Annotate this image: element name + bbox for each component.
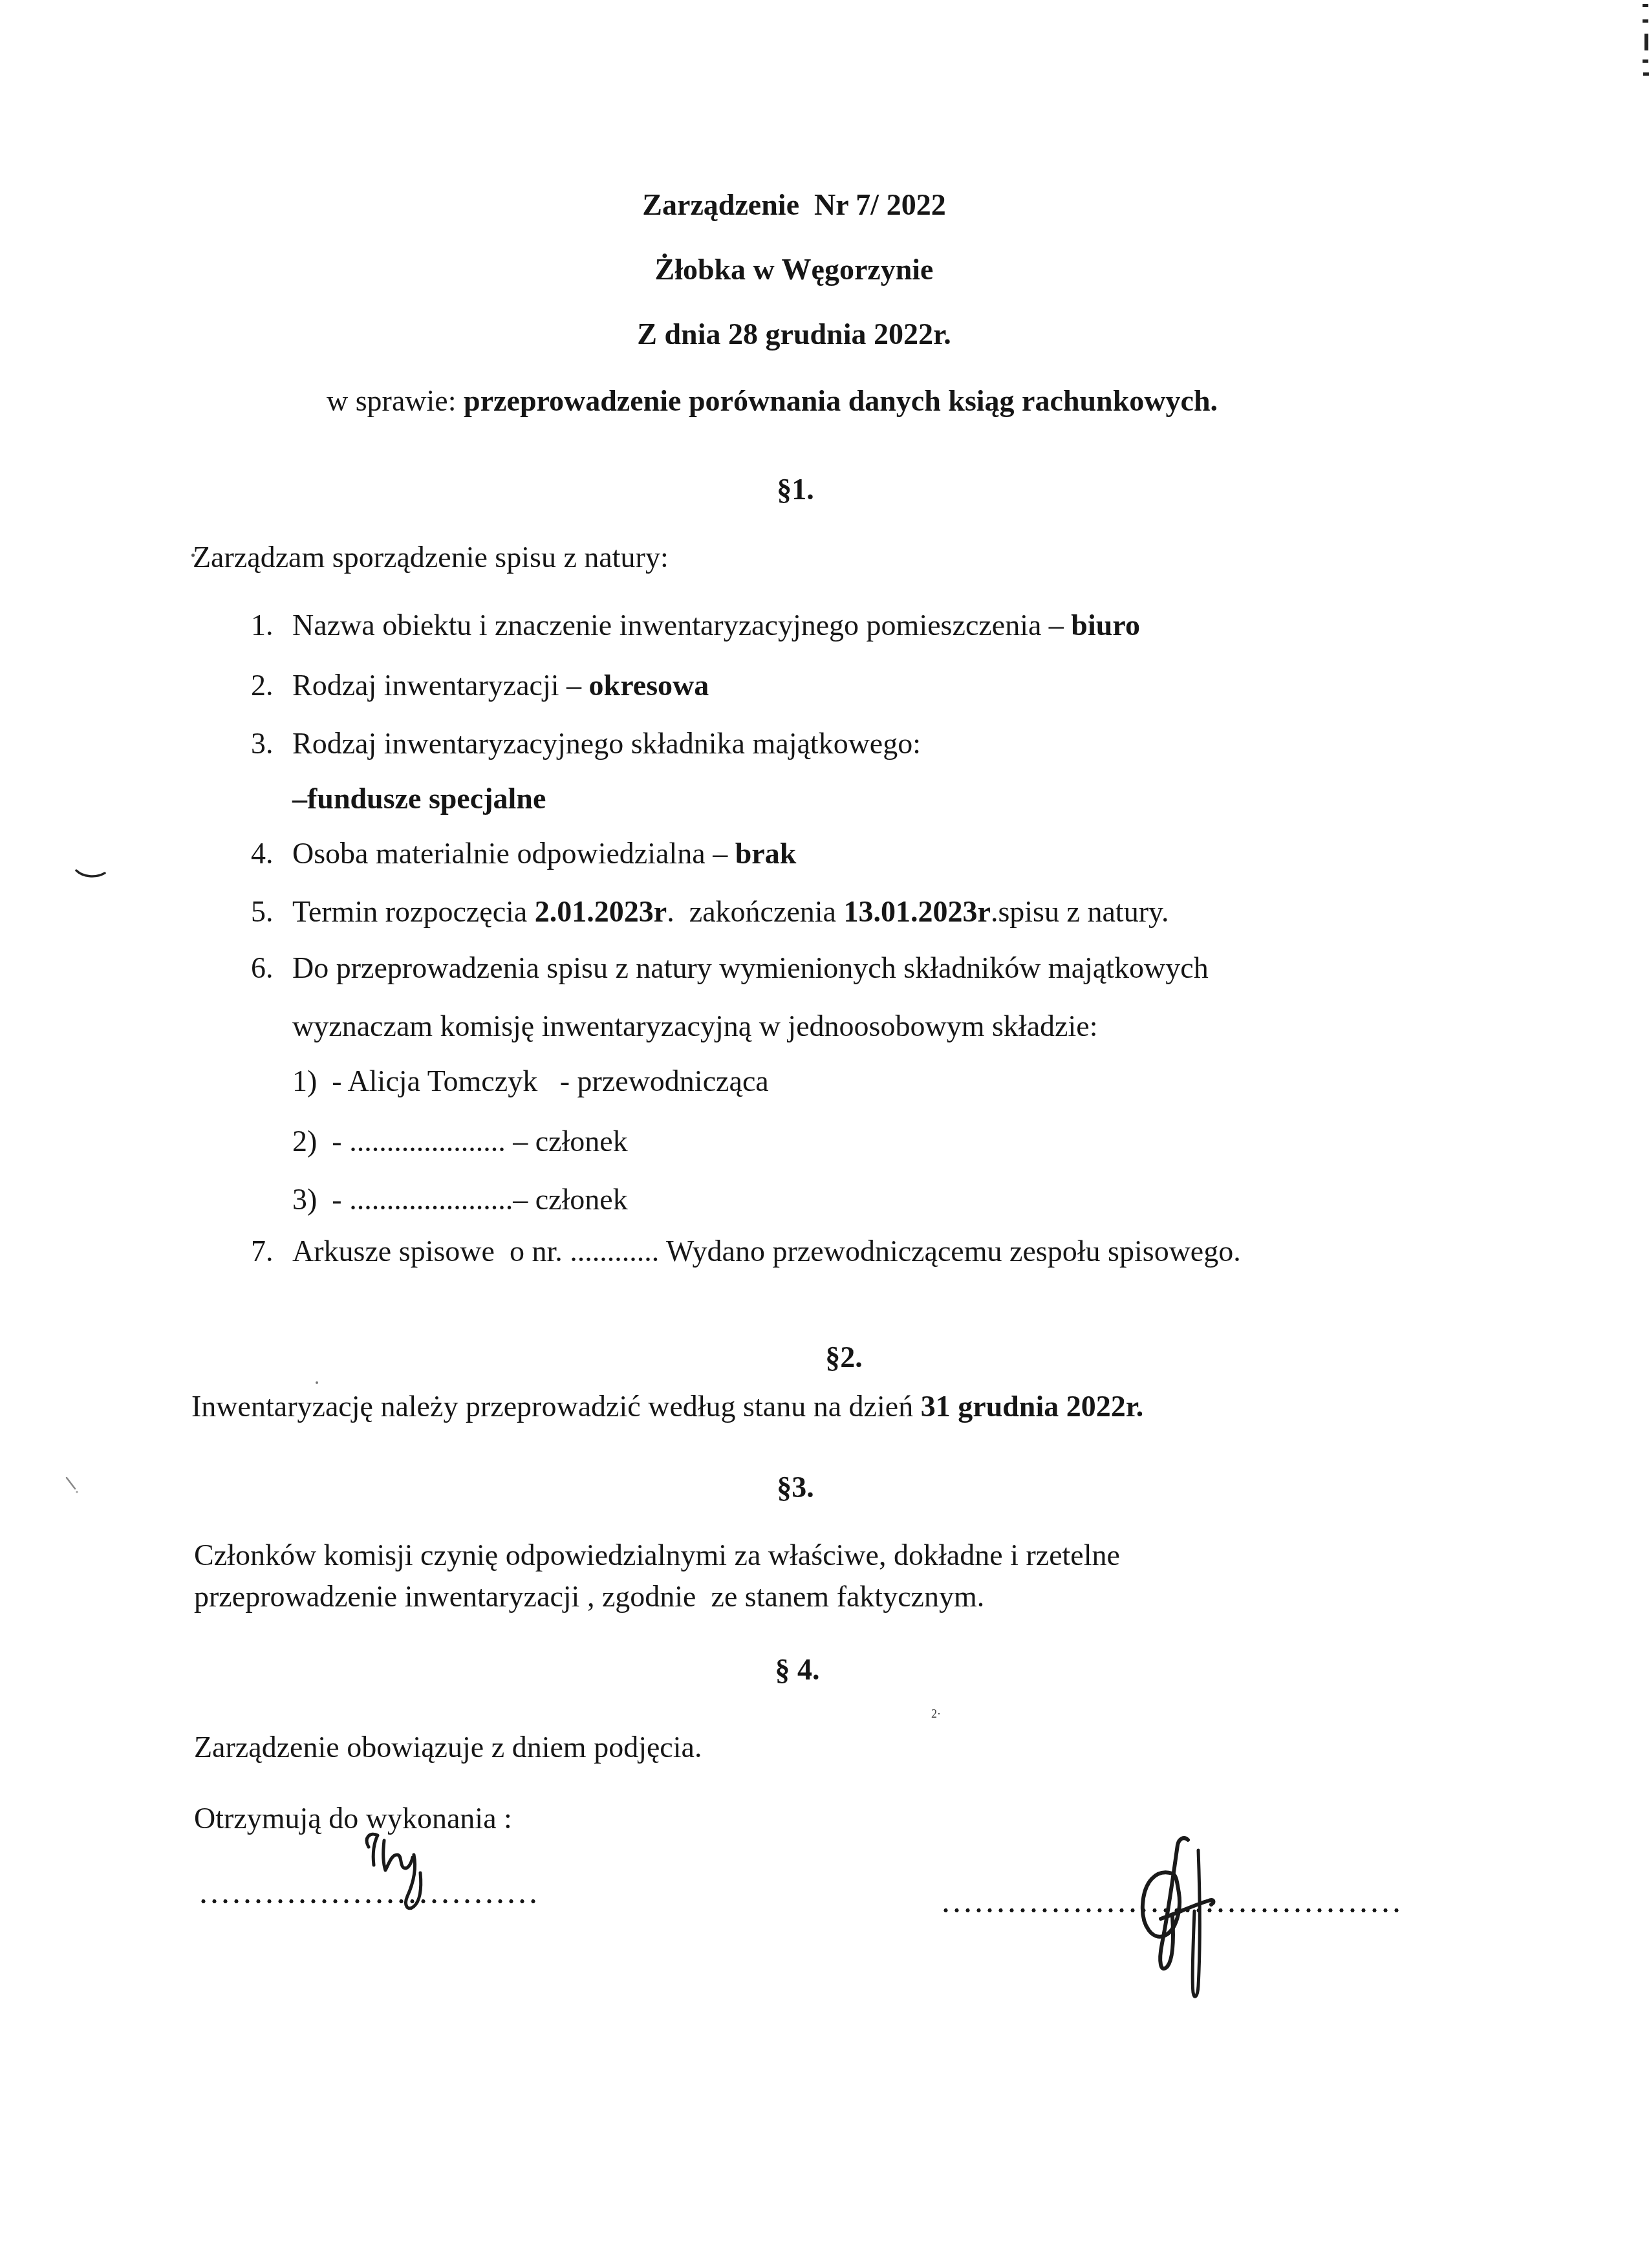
scan-edge-mark-3 [1644, 34, 1648, 50]
committee-member-1: 1) - Alicja Tomczyk - przewodnicząca [292, 1062, 769, 1101]
list-item-5-text-b: . zakończenia [667, 895, 843, 928]
section-1-intro: Zarządzam sporządzenie spisu z natury: [193, 538, 669, 577]
list-item-6-text1: Do przeprowadzenia spisu z natury wymien… [292, 951, 1209, 984]
list-item-3-subline: –fundusze specjalne [292, 779, 546, 818]
list-item-4-text: Osoba materialnie odpowiedzialna – [292, 837, 735, 870]
subject-text: przeprowadzenie porównania danych ksiąg … [464, 384, 1218, 417]
scan-edge-mark-4 [1643, 59, 1648, 63]
list-item-1-text: Nazwa obiektu i znaczenie inwentaryzacyj… [292, 609, 1071, 642]
scan-edge-mark-5 [1643, 72, 1649, 76]
section-2-date: 31 grudnia 2022r. [921, 1390, 1144, 1423]
list-item-1-number: 1. [251, 606, 292, 645]
list-item-1: 1.Nazwa obiektu i znaczenie inwentaryzac… [251, 606, 1140, 645]
list-item-5-text-a: Termin rozpoczęcia [292, 895, 535, 928]
document-title-line2: Żłobka w Węgorzynie [0, 250, 1619, 289]
list-item-6-number: 6. [251, 949, 292, 988]
list-item-2-number: 2. [251, 666, 292, 705]
scan-speck-1 [191, 554, 195, 557]
scan-artifact-small-mark: 2· [931, 1707, 941, 1721]
section-2-heading: §2. [19, 1338, 1649, 1377]
section-1-heading: §1. [0, 470, 1620, 509]
scan-edge-mark-2 [1643, 19, 1648, 23]
list-item-3: 3.Rodzaj inwentaryzacyjnego składnika ma… [251, 724, 921, 763]
committee-member-2: 2) - ..................... – członek [292, 1122, 628, 1161]
subject-prefix: w sprawie: [327, 384, 464, 417]
list-item-3-number: 3. [251, 724, 292, 763]
list-item-2-text: Rodzaj inwentaryzacji – [292, 669, 589, 702]
scanned-document-page: Zarządzenie Nr 7/ 2022 Żłobka w Węgorzyn… [0, 0, 1649, 2268]
list-item-6-line1: 6.Do przeprowadzenia spisu z natury wymi… [251, 949, 1209, 988]
section-4-heading: § 4. [0, 1650, 1622, 1689]
list-item-7: 7.Arkusze spisowe o nr. ............ Wyd… [251, 1232, 1241, 1271]
section-3-line2: przeprowadzenie inwentaryzacji , zgodnie… [194, 1577, 984, 1616]
committee-member-3: 3) - ......................– członek [292, 1180, 628, 1219]
signature-left-initials [344, 1825, 460, 1922]
section-3-heading: §3. [0, 1468, 1620, 1507]
scan-artifact-left-dash [75, 867, 106, 878]
list-item-5-date-end: 13.01.2023r [844, 895, 991, 928]
list-item-4-number: 4. [251, 834, 292, 873]
scan-edge-mark-1 [1643, 4, 1648, 7]
list-item-5: 5.Termin rozpoczęcia 2.01.2023r. zakończ… [251, 892, 1169, 931]
document-title-line1: Zarządzenie Nr 7/ 2022 [0, 186, 1619, 224]
document-date-line: Z dnia 28 grudnia 2022r. [0, 315, 1619, 354]
section-3-line1: Członków komisji czynię odpowiedzialnymi… [194, 1536, 1120, 1575]
list-item-3-text: Rodzaj inwentaryzacyjnego składnika mają… [292, 727, 921, 760]
list-item-5-date-start: 2.01.2023r [535, 895, 667, 928]
list-item-4-bold: brak [735, 837, 797, 870]
section-4-text: Zarządzenie obowiązuje z dniem podjęcia. [194, 1728, 702, 1767]
section-2-text: Inwentaryzację należy przeprowadzić wedł… [191, 1387, 1143, 1426]
section-2-text-a: Inwentaryzację należy przeprowadzić wedł… [191, 1390, 921, 1423]
list-item-2: 2.Rodzaj inwentaryzacji – okresowa [251, 666, 709, 705]
list-item-6-line2: wyznaczam komisję inwentaryzacyjną w jed… [292, 1007, 1097, 1046]
list-item-5-text-c: .spisu z natury. [991, 895, 1169, 928]
list-item-1-bold: biuro [1071, 609, 1140, 642]
document-subject-line: w sprawie: przeprowadzenie porównania da… [327, 382, 1218, 420]
scan-speck-2 [316, 1381, 318, 1384]
list-item-4: 4.Osoba materialnie odpowiedzialna – bra… [251, 834, 796, 873]
scan-artifact-left-tick [65, 1476, 81, 1495]
list-item-5-number: 5. [251, 892, 292, 931]
list-item-2-bold: okresowa [589, 669, 709, 702]
list-item-7-text: Arkusze spisowe o nr. ............ Wydan… [292, 1235, 1241, 1268]
signature-right [1122, 1833, 1238, 2014]
list-item-7-number: 7. [251, 1232, 292, 1271]
